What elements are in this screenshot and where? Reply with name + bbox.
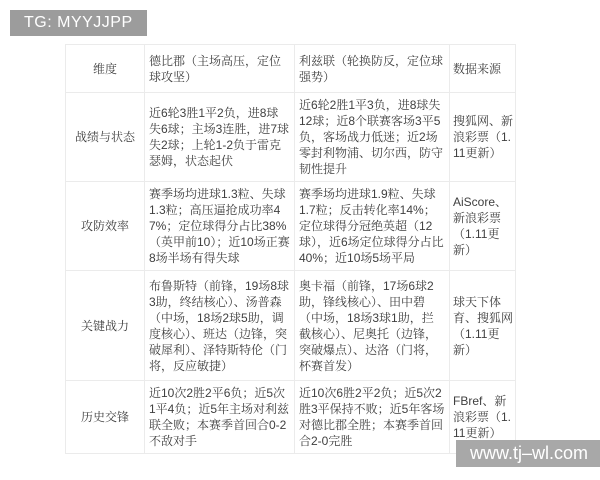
home-cell: 赛季场均进球1.3粒、失球1.3粒；高压逼抢成功率47%；定位球得分占比38%（… [145,182,295,271]
away-cell: 近6轮2胜1平3负，进8球失12球；近8个联赛客场3平5负，客场战力低迷；近2场… [295,93,450,182]
header-home-team: 德比郡（主场高压，定位球攻坚） [145,45,295,93]
dimension-label: 关键战力 [66,271,145,381]
dimension-label: 历史交锋 [66,381,145,454]
site-watermark: www.tj–wl.com [456,440,600,467]
away-cell: 赛季场均进球1.9粒、失球1.7粒；反击转化率14%；定位球得分冠绝英超（12球… [295,182,450,271]
away-cell: 奥卡福（前锋，17场6球2助，锋线核心）、田中碧（中场，18场3球1助，拦截核心… [295,271,450,381]
table-row-record-form: 战绩与状态 近6轮3胜1平2负，进8球失6球；主场3连胜，进7球失2球；上轮1-… [66,93,516,182]
home-cell: 近10次2胜2平6负；近5次1平4负；近5年主场对利兹联全败；本赛季首回合0-2… [145,381,295,454]
dimension-label: 战绩与状态 [66,93,145,182]
dimension-label: 攻防效率 [66,182,145,271]
away-cell: 近10次6胜2平2负；近5次2胜3平保持不败；近5年客场对德比郡全胜；本赛季首回… [295,381,450,454]
table-row-attack-defense: 攻防效率 赛季场均进球1.3粒、失球1.3粒；高压逼抢成功率47%；定位球得分占… [66,182,516,271]
home-cell: 近6轮3胜1平2负，进8球失6球；主场3连胜，进7球失2球；上轮1-2负于雷克瑟… [145,93,295,182]
table-row-head-to-head: 历史交锋 近10次2胜2平6负；近5次1平4负；近5年主场对利兹联全败；本赛季首… [66,381,516,454]
header-away-team: 利兹联（轮换防反，定位球强势） [295,45,450,93]
header-dimension: 维度 [66,45,145,93]
table-header-row: 维度 德比郡（主场高压，定位球攻坚） 利兹联（轮换防反，定位球强势） 数据来源 [66,45,516,93]
match-comparison-table: 维度 德比郡（主场高压，定位球攻坚） 利兹联（轮换防反，定位球强势） 数据来源 … [65,44,516,454]
tg-channel-badge: TG: MYYJJPP [10,10,147,36]
table-row-key-players: 关键战力 布鲁斯特（前锋，19场8球3助，终结核心）、汤普森（中场，18场2球5… [66,271,516,381]
source-cell: AiScore、新浪彩票（1.11更新） [450,182,516,271]
source-cell: 搜狐网、新浪彩票（1.11更新） [450,93,516,182]
source-cell: 球天下体育、搜狐网（1.11更新） [450,271,516,381]
home-cell: 布鲁斯特（前锋，19场8球3助，终结核心）、汤普森（中场，18场2球5助，调度核… [145,271,295,381]
header-data-source: 数据来源 [450,45,516,93]
